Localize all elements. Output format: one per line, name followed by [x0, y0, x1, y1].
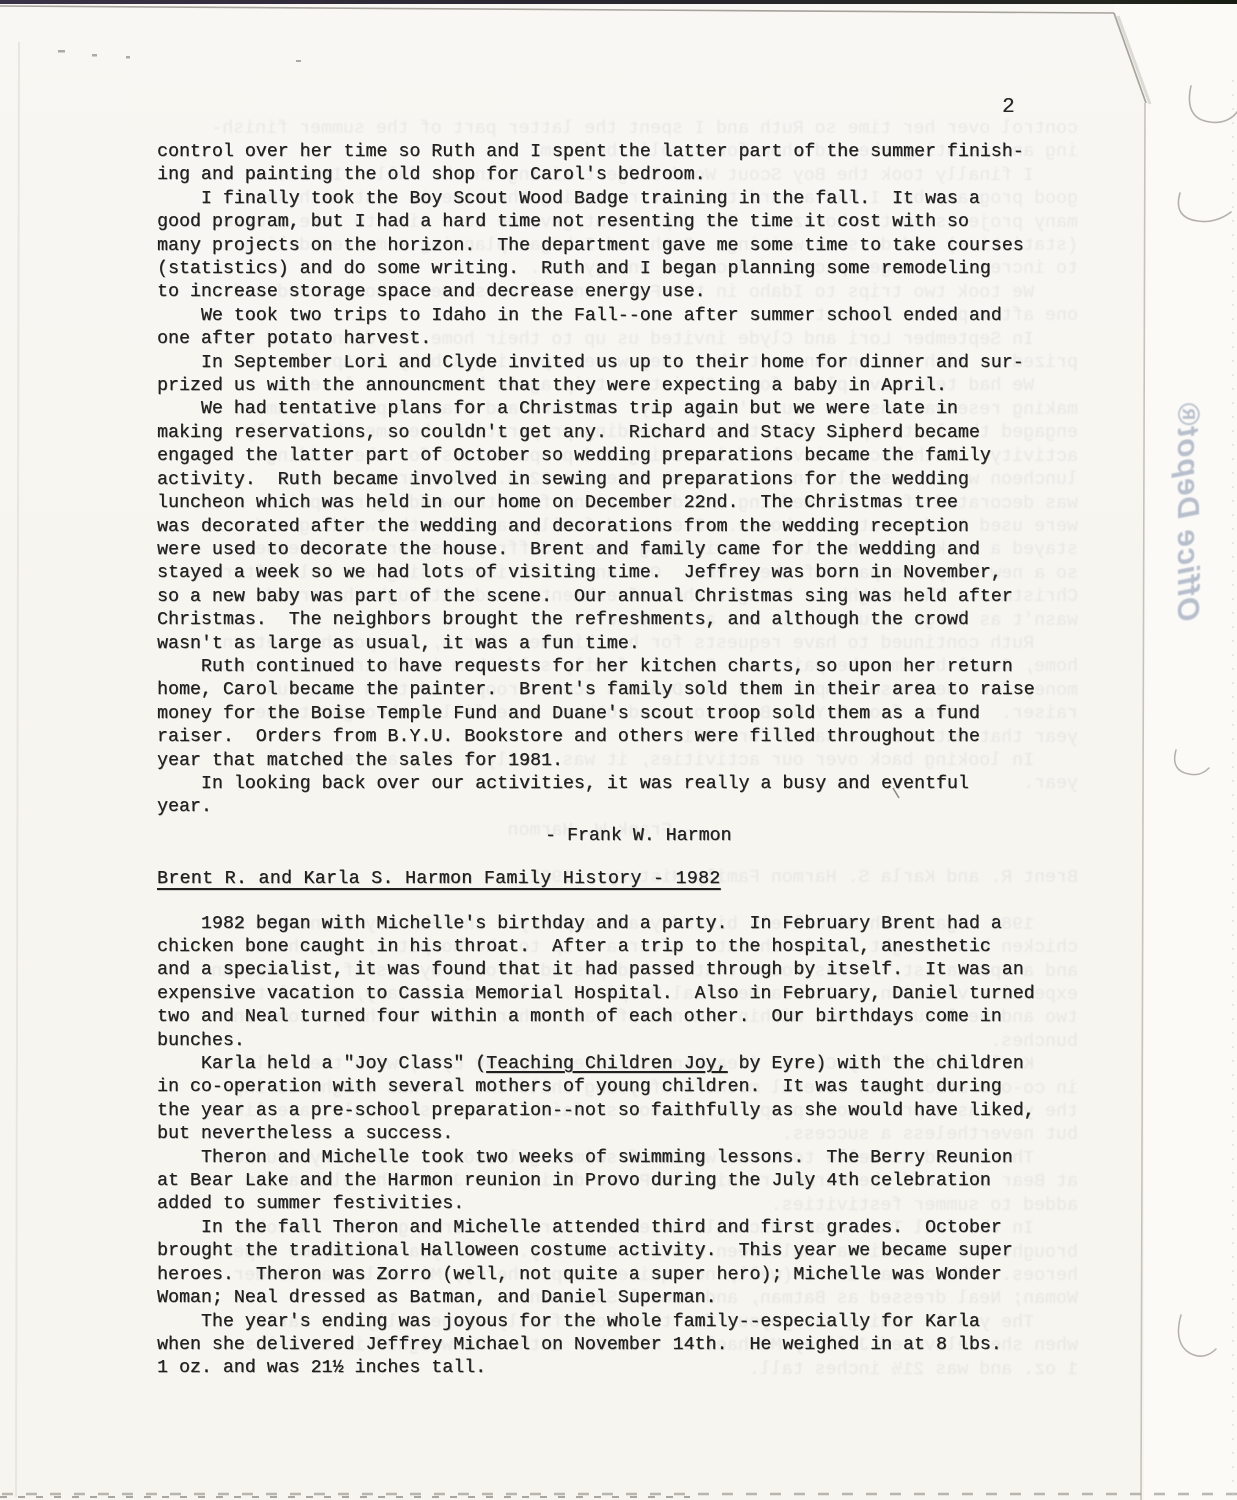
text-line: brought the traditional Halloween costum…: [157, 1240, 1077, 1263]
text-line: activity. Ruth became involved in sewing…: [157, 469, 1077, 492]
text-line: year that matched the sales for 1981.: [157, 750, 1077, 773]
text-line: many projects on the horizon. The depart…: [157, 235, 1077, 258]
text-line: 1 oz. and was 21½ inches tall.: [157, 1357, 1077, 1380]
text-line: Christmas. The neighbors brought the ref…: [157, 609, 1077, 632]
paragraph: Theron and Michelle took two weeks of sw…: [157, 1147, 1077, 1217]
paragraph: The year's ending was joyous for the who…: [157, 1311, 1077, 1381]
text-line: expensive vacation to Cassia Memorial Ho…: [157, 983, 1077, 1006]
text-line: Karla held a "Joy Class" (Teaching Child…: [157, 1053, 1077, 1076]
text-line: were used to decorate the house. Brent a…: [157, 539, 1077, 562]
text-line: wasn't as large as usual, it was a fun t…: [157, 633, 1077, 656]
text-line: stayed a week so we had lots of visiting…: [157, 562, 1077, 585]
text-line: money for the Boise Temple Fund and Duan…: [157, 703, 1077, 726]
text-line: Theron and Michelle took two weeks of sw…: [157, 1147, 1077, 1170]
text-line: so a new baby was part of the scene. Our…: [157, 586, 1077, 609]
text-line: raiser. Orders from B.Y.U. Bookstore and…: [157, 726, 1077, 749]
text-line: control over her time so Ruth and I spen…: [157, 141, 1077, 164]
paragraph: 1982 began with Michelle's birthday and …: [157, 913, 1077, 1053]
text-line: to increase storage space and decrease e…: [157, 281, 1077, 304]
paper-left-edge: [16, 42, 19, 1497]
text-line: Ruth continued to have requests for her …: [157, 656, 1077, 679]
office-depot-watermark: Office Depot®: [1170, 402, 1206, 622]
text-line: heroes. Theron was Zorro (well, not quit…: [157, 1264, 1077, 1287]
text-line: ing and painting the old shop for Carol'…: [157, 164, 1077, 187]
text-line: We had tentative plans for a Christmas t…: [157, 398, 1077, 421]
text-line: added to summer festivities.: [157, 1193, 1077, 1216]
scanned-letter-page: Office Depot® control over her time so R…: [0, 0, 1237, 1500]
text-line: good program, but I had a hard time not …: [157, 211, 1077, 234]
text-line: bunches.: [157, 1030, 1077, 1053]
text-line: In the fall Theron and Michelle attended…: [157, 1217, 1077, 1240]
text-line: I finally took the Boy Scout Wood Badge …: [157, 188, 1077, 211]
text-line: The year's ending was joyous for the who…: [157, 1311, 1077, 1334]
smudge-marks: [58, 50, 301, 62]
text-line: home, Carol became the painter. Brent's …: [157, 679, 1077, 702]
text-line: 1982 began with Michelle's birthday and …: [157, 913, 1077, 936]
paper-top-edge: [0, 6, 1114, 13]
text-line: luncheon which was held in our home on D…: [157, 492, 1077, 515]
page-number: 2: [1002, 96, 1015, 119]
paragraph: We had tentative plans for a Christmas t…: [157, 398, 1077, 655]
paragraph: We took two trips to Idaho in the Fall--…: [157, 305, 1077, 352]
text-line: at Bear Lake and the Harmon reunion in P…: [157, 1170, 1077, 1193]
document-content: control over her time so Ruth and I spen…: [157, 141, 1077, 1381]
scan-edge-top: [0, 0, 1237, 4]
section-frank-harmon: control over her time so Ruth and I spen…: [157, 141, 1077, 820]
text-line: the year as a pre-school preparation--no…: [157, 1100, 1077, 1123]
underlined-phrase: Teaching Children Joy,: [486, 1054, 727, 1074]
text-line: We took two trips to Idaho in the Fall--…: [157, 305, 1077, 328]
text-line: making reservations, so couldn't get any…: [157, 422, 1077, 445]
text-line: but nevertheless a success.: [157, 1123, 1077, 1146]
text-line: Woman; Neal dressed as Batman, and Danie…: [157, 1287, 1077, 1310]
section-brent-karla: 1982 began with Michelle's birthday and …: [157, 913, 1077, 1381]
text-line: (statistics) and do some writing. Ruth a…: [157, 258, 1077, 281]
text-line: In September Lori and Clyde invited us u…: [157, 352, 1077, 375]
right-backing-strip: [1144, 100, 1237, 1500]
text-line: chicken bone caught in his throat. After…: [157, 936, 1077, 959]
text-line: and a specialist, it was found that it h…: [157, 959, 1077, 982]
paragraph: In September Lori and Clyde invited us u…: [157, 352, 1077, 399]
paragraph: Ruth continued to have requests for her …: [157, 656, 1077, 773]
text-line: one after potato harvest.: [157, 328, 1077, 351]
paragraph: Karla held a "Joy Class" (Teaching Child…: [157, 1053, 1077, 1147]
paragraph: In the fall Theron and Michelle attended…: [157, 1217, 1077, 1311]
signature-line: - Frank W. Harmon: [157, 825, 1077, 848]
text-line: when she delivered Jeffrey Michael on No…: [157, 1334, 1077, 1357]
text-line: two and Neal turned four within a month …: [157, 1006, 1077, 1029]
text-line: was decorated after the wedding and deco…: [157, 516, 1077, 539]
text-line: In looking back over our activities, it …: [157, 773, 1077, 796]
paragraph: In looking back over our activities, it …: [157, 773, 1077, 820]
text-line: year.: [157, 796, 1077, 819]
text-line: engaged the latter part of October so we…: [157, 445, 1077, 468]
text-line: prized us with the announcment that they…: [157, 375, 1077, 398]
paragraph: control over her time so Ruth and I spen…: [157, 141, 1077, 188]
paragraph: I finally took the Boy Scout Wood Badge …: [157, 188, 1077, 305]
text-line: in co-operation with several mothers of …: [157, 1076, 1077, 1099]
section-heading: Brent R. and Karla S. Harmon Family Hist…: [157, 868, 1077, 891]
